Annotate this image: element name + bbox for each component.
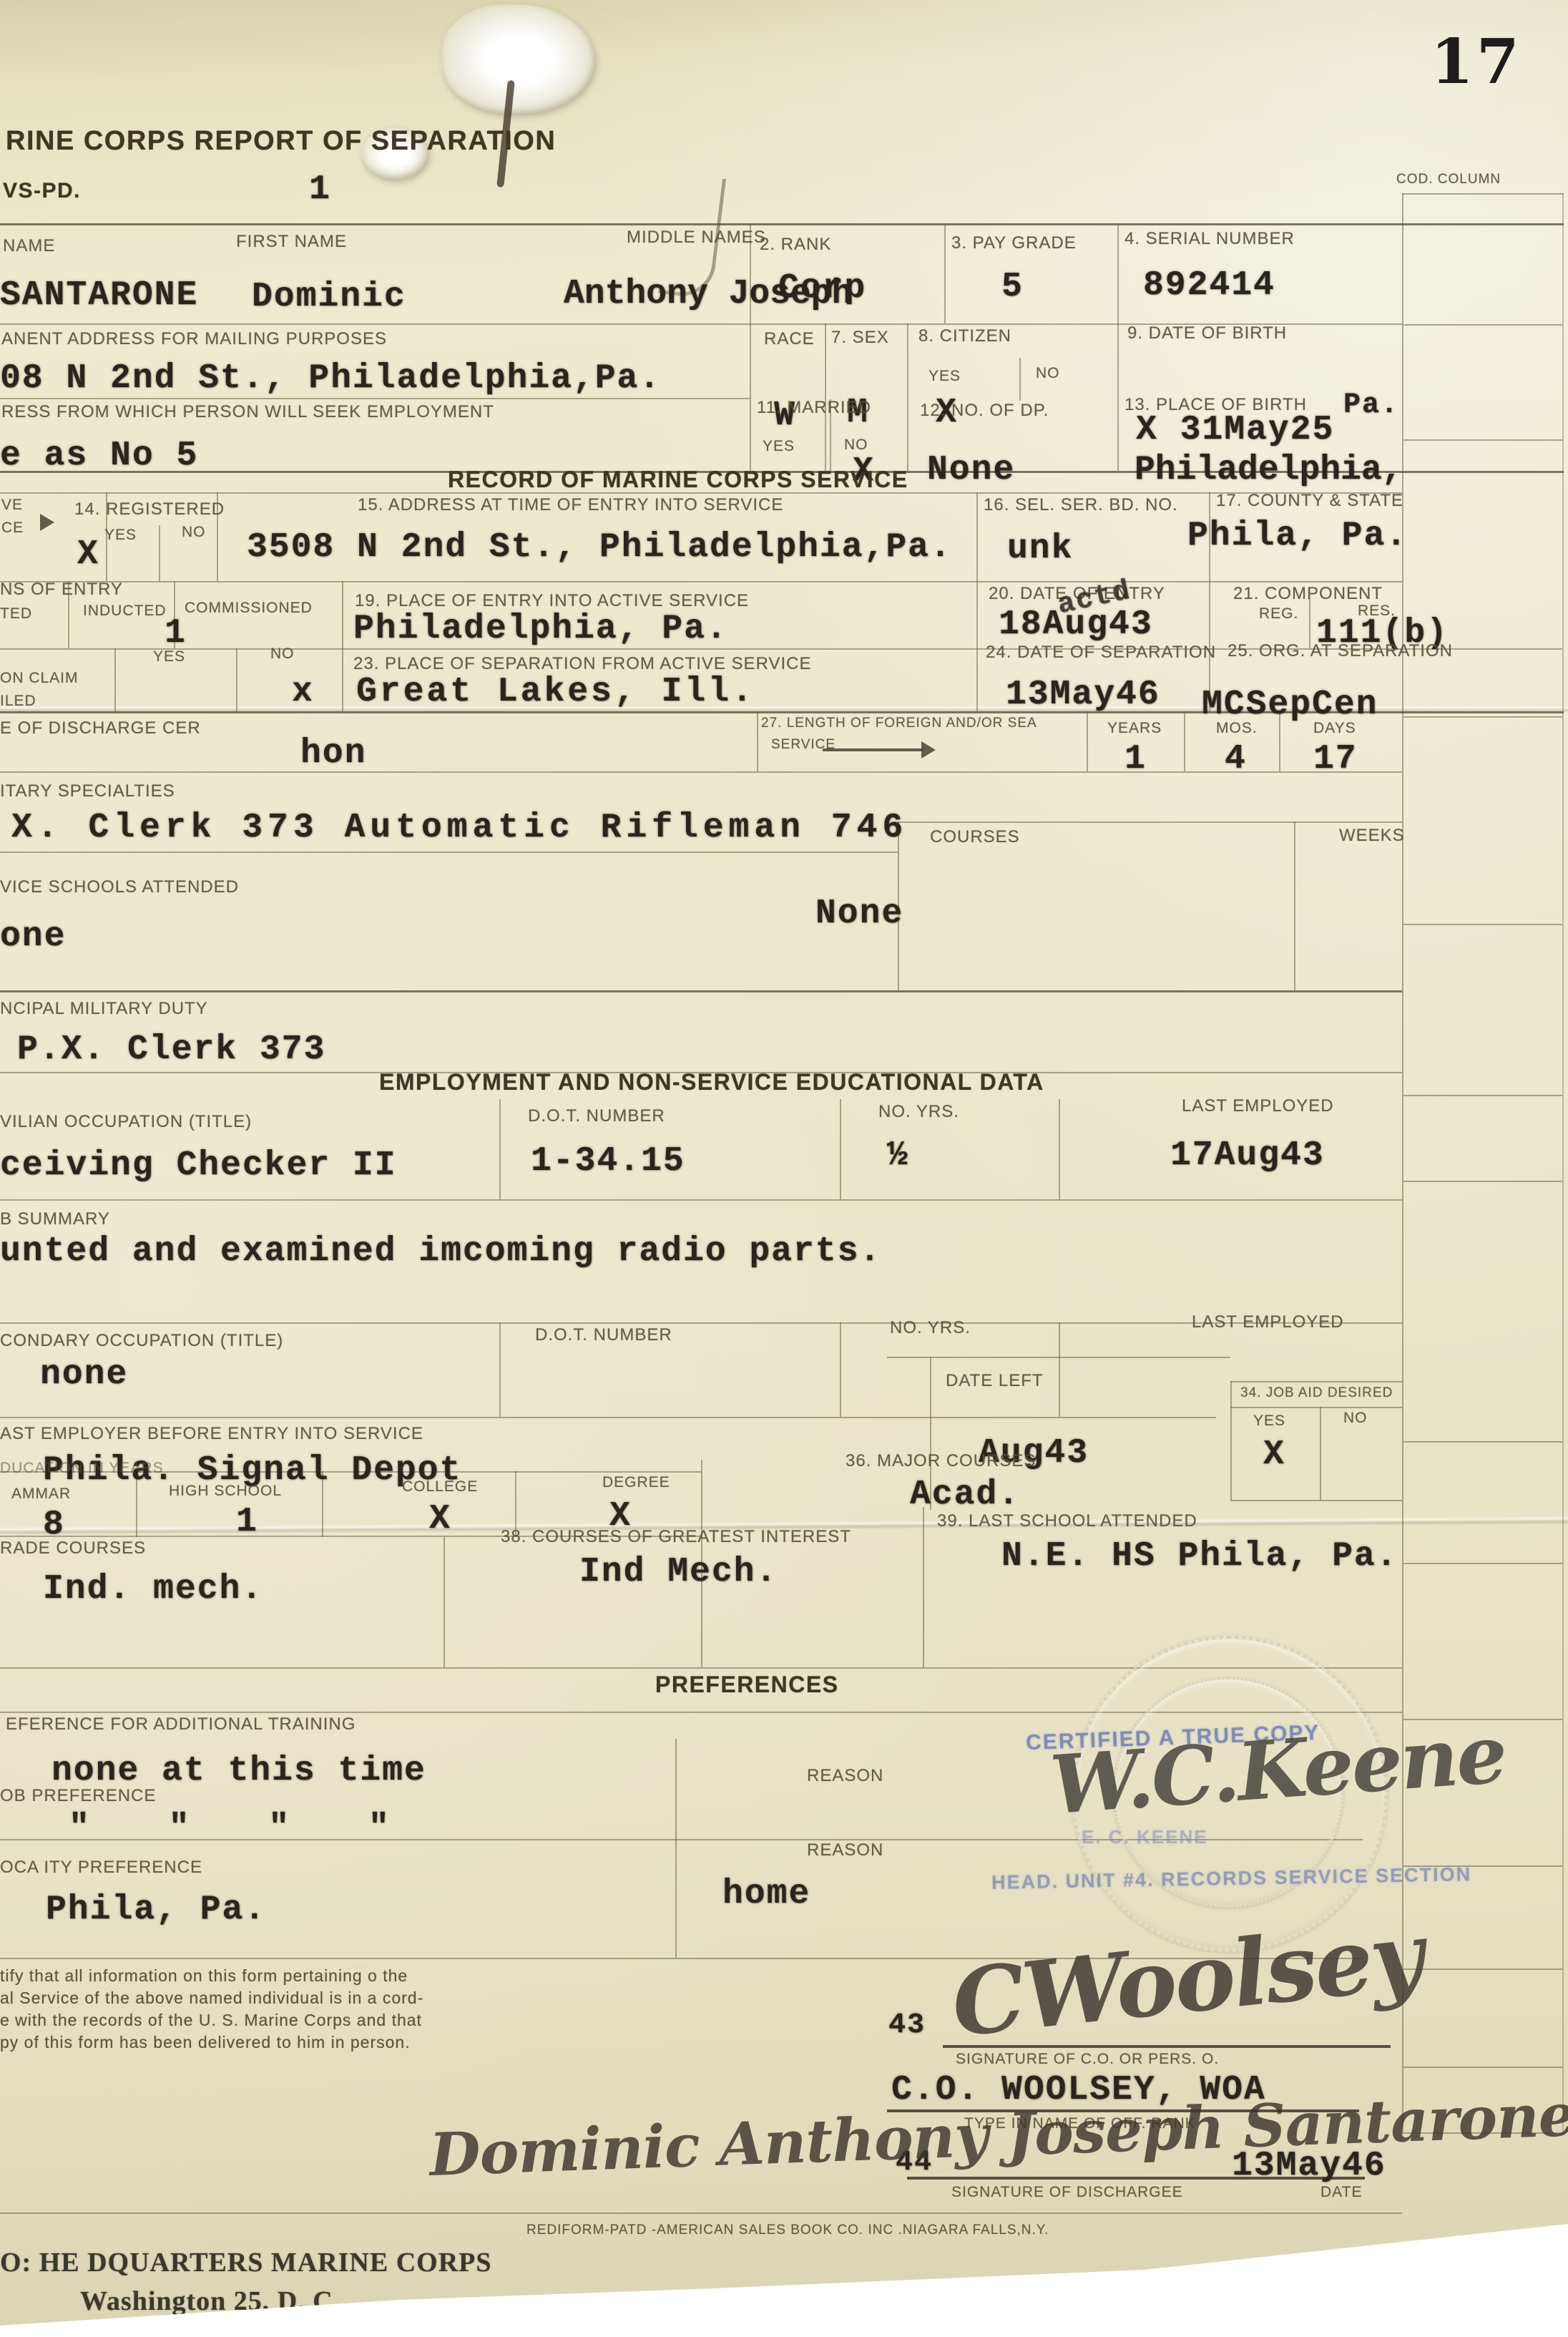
- grid-line: [0, 398, 750, 399]
- grid-line: [1403, 1441, 1562, 1443]
- rank-label: 2. RANK: [760, 235, 831, 255]
- grid-line: [0, 2212, 1402, 2214]
- grid-line: [675, 1739, 677, 1958]
- county-state-value: Phila, Pa.: [1187, 517, 1408, 555]
- inducted-mark: 1: [165, 614, 187, 653]
- last-employed-value: 17Aug43: [1170, 1136, 1325, 1175]
- middle-names-label: MIDDLE NAMES: [627, 228, 766, 248]
- grid-line: [1059, 1099, 1060, 1199]
- high-school-value: 1: [236, 1503, 258, 1541]
- reason-label2: REASON: [807, 1840, 883, 1860]
- rank-value: Corp: [778, 269, 866, 308]
- grid-line: [1403, 324, 1562, 326]
- job-aid-yes-label: YES: [1253, 1413, 1285, 1430]
- birthplace-label: 13. PLACE OF BIRTH: [1124, 395, 1307, 415]
- interest-courses-label: 38. COURSES OF GREATEST INTEREST: [501, 1527, 851, 1547]
- date-label: DATE: [1320, 2184, 1362, 2201]
- arrow-icon: [921, 741, 936, 758]
- reason-label: REASON: [807, 1766, 883, 1786]
- grid-line: [0, 1199, 1402, 1201]
- dot-number2-label: D.O.T. NUMBER: [535, 1325, 672, 1345]
- item-43-number: 43: [888, 2009, 926, 2041]
- mailing-address-value: 08 N 2nd St., Philadelphia,Pa.: [0, 359, 661, 398]
- courses-label: COURSES: [930, 827, 1020, 847]
- specialties-label: ITARY SPECIALTIES: [0, 781, 175, 801]
- grid-line: [1403, 439, 1562, 441]
- no-yrs-value: ½: [887, 1136, 909, 1175]
- months-label: MOS.: [1216, 720, 1258, 737]
- employment-address-label: RESS FROM WHICH PERSON WILL SEEK EMPLOYM…: [1, 402, 494, 422]
- enlisted-label-fragment: TED: [0, 605, 32, 623]
- component-reg-label: REG.: [1259, 605, 1298, 623]
- major-courses-value: Acad.: [910, 1475, 1020, 1514]
- grid-line: [0, 581, 1402, 582]
- grid-line: [342, 581, 343, 711]
- college-label: COLLEGE: [402, 1478, 478, 1496]
- certification-statement-line: tify that all information on this form p…: [0, 1966, 408, 1986]
- grid-line: [444, 1537, 445, 1667]
- torn-hole: [442, 4, 596, 115]
- name-label: NAME: [3, 236, 55, 256]
- inducted-label: INDUCTED: [83, 602, 167, 620]
- birthplace-city-value: Philadelphia,: [1135, 451, 1402, 489]
- principal-duty-value: P.X. Clerk 373: [17, 1030, 325, 1069]
- addressee-line2: Washington 25, D. C.: [80, 2285, 340, 2317]
- entry-date-value: 18Aug43: [999, 605, 1153, 644]
- form-code: VS-PD.: [3, 179, 81, 203]
- grid-line: [1230, 1381, 1402, 1382]
- entry-address-label: 15. ADDRESS AT TIME OF ENTRY INTO SERVIC…: [358, 495, 783, 515]
- grid-line: [0, 771, 1402, 773]
- addressee-line: O: HE DQUARTERS MARINE CORPS: [0, 2247, 492, 2278]
- locality-preference-label: OCA ITY PREFERENCE: [0, 1858, 202, 1878]
- commissioned-label: COMMISSIONED: [185, 600, 313, 617]
- grid-line: [1059, 1322, 1060, 1417]
- grid-line: [0, 223, 1564, 225]
- keene-stamp-name: E. C. KEENE: [1082, 1826, 1208, 1848]
- grid-line: [898, 821, 1402, 823]
- means-of-entry-label: NS OF ENTRY: [0, 580, 123, 600]
- last-employer-label: AST EMPLOYER BEFORE ENTRY INTO SERVICE: [0, 1424, 423, 1444]
- grid-line: [0, 852, 898, 853]
- dob-label: 9. DATE OF BIRTH: [1127, 323, 1287, 343]
- grid-line: [1184, 711, 1185, 771]
- job-preference-label: OB PREFERENCE: [0, 1786, 156, 1806]
- pay-grade-label: 3. PAY GRADE: [951, 233, 1077, 253]
- job-aid-mark: X: [1263, 1435, 1285, 1474]
- married-label: 11. MARRIED: [757, 398, 871, 418]
- active-service-fragment: CE: [1, 519, 24, 537]
- years-label: YEARS: [1107, 720, 1162, 737]
- separation-org-value: MCSepCen: [1202, 686, 1378, 724]
- grid-line: [840, 1099, 841, 1199]
- grid-line: [923, 1507, 924, 1667]
- job-aid-no-label: NO: [1343, 1410, 1368, 1427]
- dischargee-signature-label: SIGNATURE OF DISCHARGEE: [951, 2184, 1183, 2201]
- form-title: RINE CORPS REPORT OF SEPARATION: [6, 126, 556, 157]
- grid-line: [1403, 1095, 1562, 1096]
- pension-mark: x: [292, 673, 314, 711]
- grid-line: [1403, 716, 1562, 718]
- grid-line: [1403, 1968, 1562, 1970]
- entry-place-value: Philadelphia, Pa.: [353, 610, 728, 648]
- days-label: DAYS: [1313, 720, 1356, 737]
- grid-line: [236, 648, 237, 711]
- county-state-label: 17. COUNTY & STATE: [1216, 491, 1403, 511]
- grid-line: [840, 1322, 841, 1417]
- years-value: 1: [1124, 740, 1147, 779]
- stamp-unit-line: HEAD. UNIT #4. RECORDS SERVICE SECTION: [991, 1863, 1472, 1894]
- grammar-label: AMMAR: [11, 1485, 71, 1503]
- grid-line: [0, 990, 1402, 992]
- paper-sheet: 17 RINE CORPS REPORT OF SEPARATION VS-PD…: [0, 0, 1568, 2337]
- degree-label: DEGREE: [602, 1474, 670, 1491]
- dot-number-label: D.O.T. NUMBER: [528, 1106, 665, 1126]
- no-yrs2-label: NO. YRS.: [890, 1318, 971, 1338]
- grid-line: [1230, 1500, 1402, 1501]
- training-preference-value: none at this time: [52, 1752, 426, 1790]
- certification-statement-line: al Service of the above named individual…: [0, 1989, 423, 2008]
- grid-line: [1230, 1407, 1402, 1408]
- service-section-title: RECORD OF MARINE CORPS SERVICE: [448, 467, 908, 493]
- grid-line: [1403, 1181, 1562, 1182]
- grid-line: [159, 525, 160, 581]
- preferences-section-title: PREFERENCES: [655, 1672, 839, 1698]
- grid-line: [976, 492, 978, 711]
- grid-line: [1402, 193, 1564, 195]
- mailing-address-label: ANENT ADDRESS FOR MAILING PURPOSES: [1, 329, 387, 349]
- pension-no-label: NO: [270, 645, 295, 663]
- schools-value: one: [0, 917, 66, 956]
- days-value: 17: [1313, 740, 1358, 779]
- discharge-type-value: hon: [300, 734, 366, 773]
- certification-statement-line: py of this form has been delivered to hi…: [0, 2033, 411, 2052]
- citizen-label: 8. CITIZEN: [918, 326, 1011, 346]
- grid-line: [1320, 1407, 1321, 1500]
- college-value: X: [429, 1500, 451, 1538]
- married-no-label: NO: [844, 436, 868, 454]
- citizen-yes-label: YES: [928, 368, 961, 385]
- entry-place-label: 19. PLACE OF ENTRY INTO ACTIVE SERVICE: [355, 591, 749, 611]
- locality-reason-value: home: [722, 1875, 810, 1913]
- schools-label: VICE SCHOOLS ATTENDED: [0, 877, 239, 897]
- citizen-no-label: NO: [1036, 365, 1060, 382]
- grid-line: [750, 223, 751, 471]
- job-preference-value: " " " ": [69, 1809, 391, 1848]
- last-employed-label: LAST EMPLOYED: [1182, 1096, 1334, 1116]
- separation-date-value: 13May46: [1006, 675, 1160, 714]
- sex-label: 7. SEX: [831, 328, 889, 348]
- pension-claim-label2: ILED: [0, 693, 36, 710]
- locality-preference-value: Phila, Pa.: [46, 1890, 266, 1929]
- entry-address-value: 3508 N 2nd St., Philadelphia,Pa.: [247, 528, 952, 567]
- education-label: DUCATION IN YEARS: [0, 1460, 164, 1477]
- active-service-fragment: VE: [1, 497, 23, 514]
- dob-value: X 31May25: [1136, 411, 1334, 449]
- grid-line: [1403, 924, 1562, 925]
- interest-courses-value: Ind Mech.: [579, 1553, 778, 1591]
- separation-date-label: 24. DATE OF SEPARATION: [986, 643, 1216, 663]
- occupation-value: ceiving Checker II: [0, 1146, 396, 1185]
- registered-label: 14. REGISTERED: [74, 499, 225, 519]
- grid-line: [1019, 358, 1021, 401]
- foreign-service-label: 27. LENGTH OF FOREIGN AND/OR SEA: [761, 716, 1037, 731]
- grid-line: [0, 1417, 1216, 1418]
- page-number: 17: [1431, 26, 1522, 98]
- grid-line: [1087, 711, 1088, 771]
- specialties-value: X. Clerk 373 Automatic Rifleman 746: [11, 809, 908, 847]
- ssb-label: 16. SEL. SER. BD. NO.: [984, 495, 1178, 515]
- grid-line: [1562, 193, 1564, 2134]
- weeks-label: WEEKS: [1339, 826, 1405, 846]
- last-employed2-label: LAST EMPLOYED: [1192, 1312, 1344, 1332]
- courses-value: None: [815, 894, 903, 933]
- co-signature: CWoolsey: [947, 1902, 1427, 2058]
- arrow-icon: [823, 748, 923, 751]
- registered-yes-label: YES: [104, 527, 137, 544]
- certification-statement-line: e with the records of the U. S. Marine C…: [0, 2011, 422, 2030]
- months-value: 4: [1225, 740, 1247, 779]
- grid-line: [1230, 1381, 1232, 1500]
- principal-duty-label: NCIPAL MILITARY DUTY: [0, 999, 208, 1019]
- discharge-date-value: 13May46: [1232, 2147, 1386, 2185]
- printer-imprint: REDIFORM-PATD -AMERICAN SALES BOOK CO. I…: [526, 2223, 1049, 2238]
- married-yes-label: YES: [763, 438, 795, 455]
- ssb-value: unk: [1007, 530, 1073, 568]
- separation-org-label: 25. ORG. AT SEPARATION: [1228, 641, 1453, 661]
- pension-yes-label: YES: [153, 648, 185, 665]
- grid-line: [825, 323, 826, 471]
- serial-number-label: 4. SERIAL NUMBER: [1124, 229, 1295, 249]
- employment-address-value: e as No 5: [0, 436, 198, 475]
- first-name-value: Dominic: [252, 278, 406, 316]
- grid-line: [1403, 2067, 1562, 2068]
- grid-line: [907, 323, 908, 471]
- grid-line: [114, 648, 116, 711]
- grid-line: [499, 1099, 501, 1199]
- high-school-label: HIGH SCHOOL: [169, 1483, 282, 1500]
- occupation-label: VILIAN OCCUPATION (TITLE): [0, 1112, 252, 1132]
- pay-grade-value: 5: [1001, 268, 1024, 306]
- co-signature-label: SIGNATURE OF C.O. OR PERS. O.: [956, 2051, 1219, 2068]
- cod-column-label: COD. COLUMN: [1396, 172, 1501, 187]
- trade-courses-label: RADE COURSES: [0, 1538, 146, 1558]
- serial-number-value: 892414: [1143, 266, 1275, 305]
- job-summary-label: B SUMMARY: [0, 1209, 110, 1229]
- grid-line: [499, 1322, 501, 1417]
- grid-line: [944, 223, 946, 323]
- secondary-occupation-label: CONDARY OCCUPATION (TITLE): [0, 1331, 283, 1351]
- scanned-document: 17 RINE CORPS REPORT OF SEPARATION VS-PD…: [0, 0, 1568, 2337]
- name-value: SANTARONE: [0, 276, 198, 315]
- component-label: 21. COMPONENT: [1233, 584, 1383, 604]
- registered-no-label: NO: [182, 524, 206, 541]
- secondary-occupation-value: none: [40, 1355, 128, 1394]
- birthplace-state-value: Pa.: [1343, 389, 1399, 421]
- last-school-label: 39. LAST SCHOOL ATTENDED: [937, 1511, 1197, 1531]
- date-left-label: DATE LEFT: [946, 1371, 1044, 1391]
- race-label: RACE: [764, 329, 815, 349]
- registered-mark: X: [77, 535, 99, 574]
- dependents-value: None: [927, 451, 1015, 489]
- copy-number: 1: [309, 170, 331, 209]
- grid-line: [757, 711, 758, 771]
- separation-place-label: 23. PLACE OF SEPARATION FROM ACTIVE SERV…: [353, 654, 811, 674]
- arrow-icon: [40, 514, 54, 531]
- training-preference-label: EFERENCE FOR ADDITIONAL TRAINING: [6, 1714, 356, 1735]
- discharge-type-label: E OF DISCHARGE CER: [0, 718, 201, 738]
- grid-line: [1403, 1563, 1562, 1564]
- major-courses-label: 36. MAJOR COURSES: [846, 1451, 1036, 1471]
- employment-section-title: EMPLOYMENT AND NON-SERVICE EDUCATIONAL D…: [379, 1069, 1044, 1096]
- grid-line: [1117, 223, 1119, 471]
- dependents-label: 12. NO. OF DP.: [920, 401, 1049, 421]
- job-summary-value: unted and examined imcoming radio parts.: [0, 1232, 881, 1271]
- dot-number-value: 1-34.15: [531, 1142, 685, 1181]
- first-name-label: FIRST NAME: [236, 232, 347, 252]
- grid-line: [1294, 821, 1295, 990]
- separation-place-value: Great Lakes, Ill.: [356, 673, 755, 711]
- last-school-value: N.E. HS Phila, Pa.: [1001, 1537, 1398, 1576]
- pension-claim-label: ON CLAIM: [0, 670, 79, 687]
- trade-courses-value: Ind. mech.: [43, 1570, 263, 1609]
- no-yrs-label: NO. YRS.: [878, 1102, 959, 1122]
- job-aid-label: 34. JOB AID DESIRED: [1240, 1385, 1393, 1401]
